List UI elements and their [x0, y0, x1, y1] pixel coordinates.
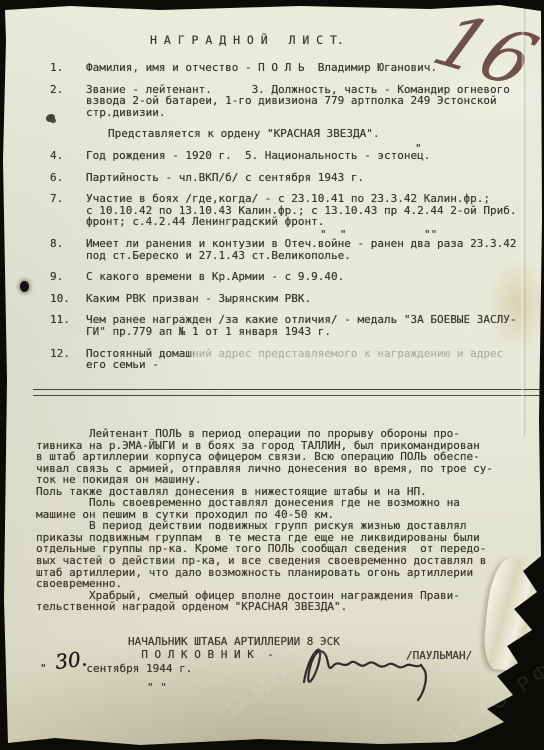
- field-value: Звание - лейтенант. 3. Должность, часть …: [86, 84, 518, 119]
- redaction-blur: [196, 347, 516, 360]
- field-value: Участие в боях /где,когда/ - с 23.10.41 …: [86, 193, 518, 228]
- document-scan: Н А Г Р А Д Н О Й Л И С Т. 1. Фамилия, и…: [0, 0, 544, 750]
- field-wounds: 8. Имеет ли ранения и контузии в Отеч.во…: [50, 238, 518, 261]
- field-number: 9.: [50, 271, 86, 283]
- ditto-mark: "": [424, 228, 437, 241]
- ditto-mark: " ": [320, 228, 347, 241]
- field-number: 4.: [50, 150, 86, 162]
- field-number: 8.: [50, 238, 86, 261]
- field-value: Имеет ли ранения и контузии в Отеч.войне…: [86, 238, 518, 261]
- punch-hole: [20, 281, 29, 292]
- field-value: Партийность - чл.ВКП/б/ с сентября 1943 …: [86, 172, 518, 184]
- ditto-mark: " ": [147, 681, 167, 694]
- field-number: 7.: [50, 193, 86, 228]
- document-title: Н А Г Р А Д Н О Й Л И С Т.: [150, 33, 344, 47]
- field-value: Чем ранее награжден /за какие отличия/ -…: [86, 314, 518, 337]
- field-number: 2.: [50, 84, 86, 119]
- signature-ink: [292, 632, 440, 706]
- paper-sheet: Н А Г Р А Д Н О Й Л И С Т. 1. Фамилия, и…: [0, 0, 544, 750]
- field-value: Представляется к ордену "КРАСНАЯ ЗВЕЗДА"…: [86, 128, 518, 140]
- field-previous-awards: 11. Чем ранее награжден /за какие отличи…: [50, 314, 518, 337]
- field-combat-participation: 7. Участие в боях /где,когда/ - с 23.10.…: [50, 193, 518, 228]
- field-number: [50, 128, 86, 140]
- field-number: 11.: [50, 314, 86, 337]
- field-recommended-award: Представляется к ордену "КРАСНАЯ ЗВЕЗДА"…: [50, 128, 518, 140]
- paper-crease: [521, 6, 526, 436]
- field-army-service-since: 9. С какого времени в Кр.Армии - с 9.9.4…: [50, 271, 518, 283]
- section-divider: [33, 389, 542, 396]
- field-value: С какого времени в Кр.Армии - с 9.9.40.: [86, 271, 518, 283]
- fields-list: 1. Фамилия, имя и отчество - П О Л Ь Вла…: [50, 62, 518, 381]
- ditto-mark: ": [415, 142, 422, 155]
- field-rank-position: 2. Звание - лейтенант. 3. Должность, час…: [50, 84, 518, 119]
- handwritten-date: 30.: [54, 646, 89, 674]
- field-number: 6.: [50, 172, 86, 184]
- field-drafted-by: 10. Каким РВК призван - Зырянским РВК.: [50, 293, 518, 305]
- field-value: Год рождения - 1920 г. 5. Национальность…: [86, 150, 518, 162]
- field-number: 1.: [50, 62, 86, 74]
- field-number: 10.: [50, 293, 86, 305]
- field-birth-nationality: 4. Год рождения - 1920 г. 5. Национально…: [50, 150, 518, 162]
- field-party: 6. Партийность - чл.ВКП/б/ с сентября 19…: [50, 172, 518, 184]
- field-value: Каким РВК призван - Зырянским РВК.: [86, 293, 518, 305]
- field-number: 12.: [50, 348, 86, 371]
- citation-text: Лейтенант ПОЛЬ в период операции по прор…: [36, 428, 520, 613]
